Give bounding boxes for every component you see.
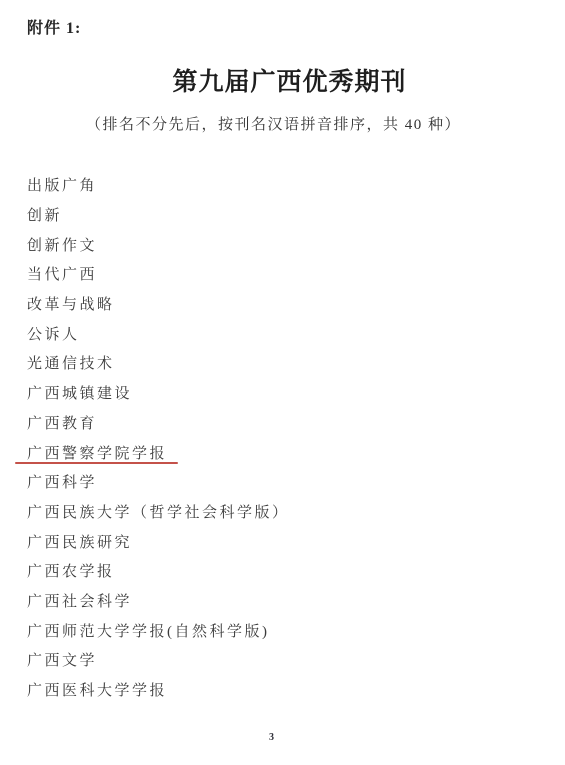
journal-name: 公诉人 xyxy=(27,323,80,344)
journal-list-item: 广西医科大学学报 xyxy=(27,675,555,705)
journal-name: 广西医科大学学报 xyxy=(27,679,167,700)
journal-list-item: 公诉人 xyxy=(27,318,555,348)
journal-name: 当代广西 xyxy=(27,263,97,284)
journal-list-item: 改革与战略 xyxy=(27,289,555,319)
journal-list-item: 出版广角 xyxy=(27,170,555,200)
journal-list-item: 创新作文 xyxy=(27,229,555,259)
journal-list-item: 创新 xyxy=(27,200,555,230)
page-title: 第九届广西优秀期刊 xyxy=(0,68,565,98)
journal-name: 广西社会科学 xyxy=(27,590,132,611)
attachment-label: 附件 1: xyxy=(27,15,81,38)
journal-list-item: 广西教育 xyxy=(27,408,555,438)
journal-name: 广西师范大学学报(自然科学版) xyxy=(27,620,270,641)
journal-name: 改革与战略 xyxy=(27,293,115,314)
journal-list-item: 广西农学报 xyxy=(27,556,555,586)
journal-list-item: 广西师范大学学报(自然科学版) xyxy=(27,615,555,645)
journal-list-item: 广西社会科学 xyxy=(27,586,555,616)
document-page: { "page": { "attachment_label": "附件 1:",… xyxy=(0,0,565,765)
page-number: 3 xyxy=(0,732,543,743)
journal-list-item: 广西警察学院学报 xyxy=(27,437,555,467)
journal-list-item: 广西民族研究 xyxy=(27,526,555,556)
journal-list: 出版广角 创新 创新作文 当代广西 改革与战略 xyxy=(27,170,555,704)
journal-list-item: 广西文学 xyxy=(27,645,555,675)
journal-name: 广西科学 xyxy=(27,471,97,492)
journal-name: 广西文学 xyxy=(27,649,97,670)
journal-name: 广西城镇建设 xyxy=(27,382,132,403)
journal-list-item: 当代广西 xyxy=(27,259,555,289)
journal-list-item: 光通信技术 xyxy=(27,348,555,378)
page: 附件 1: 第九届广西优秀期刊 （排名不分先后，按刊名汉语拼音排序，共 40 种… xyxy=(0,0,565,765)
journal-list-item: 广西城镇建设 xyxy=(27,378,555,408)
journal-list-item: 广西科学 xyxy=(27,467,555,497)
journal-name: 创新 xyxy=(27,204,62,225)
journal-name: 广西农学报 xyxy=(27,560,115,581)
journal-name: 创新作文 xyxy=(27,234,97,255)
red-underline-mark xyxy=(15,462,178,464)
page-subtitle: （排名不分先后，按刊名汉语拼音排序，共 40 种） xyxy=(0,116,547,135)
journal-name: 出版广角 xyxy=(27,174,97,195)
journal-name: 广西民族大学（哲学社会科学版） xyxy=(27,501,290,522)
journal-name: 光通信技术 xyxy=(27,352,115,373)
journal-list-item: 广西民族大学（哲学社会科学版） xyxy=(27,497,555,527)
journal-name: 广西警察学院学报 xyxy=(27,442,167,463)
journal-name: 广西民族研究 xyxy=(27,531,132,552)
journal-name: 广西教育 xyxy=(27,412,97,433)
